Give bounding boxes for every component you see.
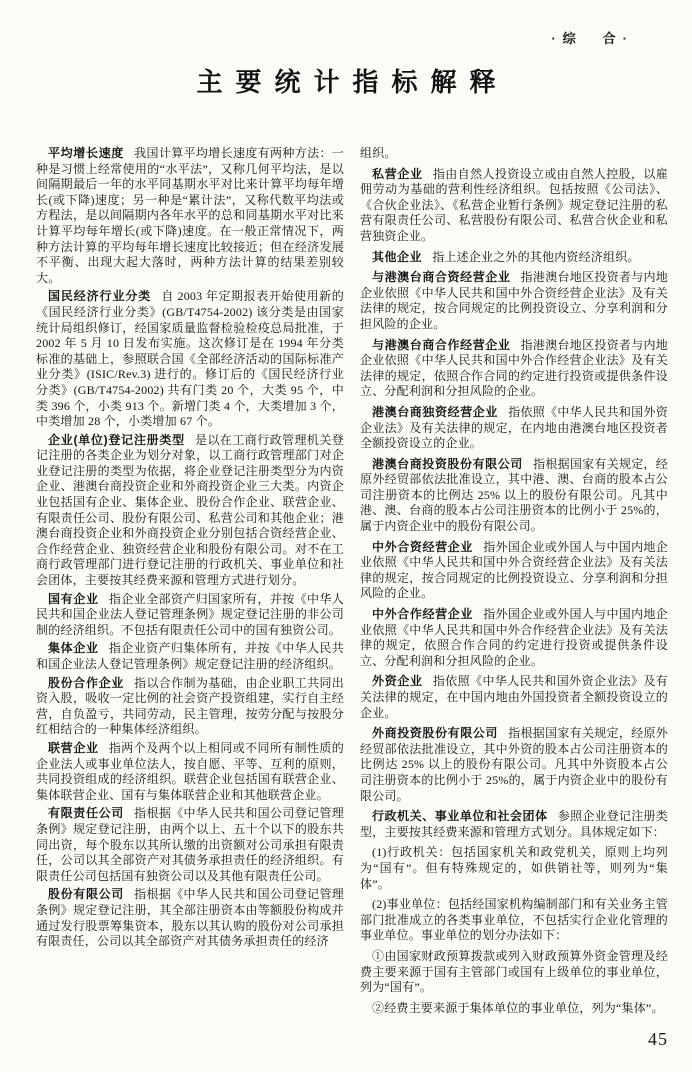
- term-label: 外资企业: [372, 674, 423, 688]
- definition-entry: 与港澳台商合作经营企业指港澳台地区投资者与内地企业依照《中华人民共和国中外合作经…: [360, 338, 668, 400]
- term-label: 行政机关、事业单位和社会团体: [372, 809, 548, 823]
- definition-entry: 港澳台商投资股份有限公司指根据国家有关规定，经原外经贸部依法批准设立，其中港、澳…: [360, 457, 668, 535]
- definition-entry: 平均增长速度我国计算平均增长速度有两种方法：一种是习惯上经常使用的“水平法”，又…: [36, 146, 344, 286]
- definition-entry: (2)事业单位：包括经国家机构编制部门和有关业务主管部门批准成立的各类事业单位，…: [360, 897, 668, 944]
- term-label: 平均增长速度: [48, 146, 124, 160]
- term-label: 与港澳台商合资经营企业: [372, 270, 510, 284]
- term-label: 私营企业: [372, 167, 423, 181]
- definition-entry: 集体企业指企业资产归集体所有，并按《中华人民共和国企业法人登记管理条例》规定登记…: [36, 641, 344, 672]
- definition-entry: 与港澳台商合资经营企业指港澳台地区投资者与内地企业依照《中华人民共和国中外合资经…: [360, 270, 668, 332]
- term-label: 股份合作企业: [48, 676, 124, 690]
- definition-entry: 有限责任公司指根据《中华人民共和国公司登记管理条例》规定登记注册，由两个以上、五…: [36, 806, 344, 884]
- left-column: 平均增长速度我国计算平均增长速度有两种方法：一种是习惯上经常使用的“水平法”，又…: [36, 146, 344, 1018]
- definition-entry: 股份合作企业指以合作制为基础，由企业职工共同出资入股，吸收一定比例的社会资产投资…: [36, 676, 344, 738]
- definition-entry: 其他企业指上述企业之外的其他内资经济组织。: [360, 250, 668, 266]
- definition-entry: 国有企业指企业全部资产归国家所有，并按《中华人民共和国企业法人登记管理条例》规定…: [36, 592, 344, 639]
- definition-entry: ①由国家财政预算拨款或列入财政预算外资金管理及经费主要来源于国有主管部门或国有上…: [360, 949, 668, 996]
- term-label: 有限责任公司: [48, 806, 124, 820]
- term-label: 中外合作经营企业: [372, 607, 473, 621]
- term-label: 港澳台商投资股份有限公司: [372, 457, 523, 471]
- definition-entry: 中外合作经营企业指外国企业或外国人与中国内地企业依照《中华人民共和国中外合作经营…: [360, 607, 668, 669]
- definition-entry: 股份有限公司指根据《中华人民共和国公司登记管理条例》规定登记注册，其全部注册资本…: [36, 887, 344, 949]
- definition-text: ①由国家财政预算拨款或列入财政预算外资金管理及经费主要来源于国有主管部门或国有上…: [360, 949, 668, 994]
- definition-text: 自 2003 年定期报表开始使用新的《国民经济行业分类》(GB/T4754-20…: [36, 289, 344, 428]
- term-label: 国有企业: [48, 592, 99, 606]
- yearbook-page: ·综 合· 主要统计指标解释 平均增长速度我国计算平均增长速度有两种方法：一种是…: [0, 0, 692, 1072]
- term-label: 国民经济行业分类: [48, 289, 151, 303]
- definition-text: 组织。: [360, 146, 397, 160]
- term-label: 股份有限公司: [48, 887, 124, 901]
- definition-entry: 企业(单位)登记注册类型是以在工商行政管理机关登记注册的各类企业为划分对象，以工…: [36, 433, 344, 589]
- definition-entry: 国民经济行业分类自 2003 年定期报表开始使用新的《国民经济行业分类》(GB/…: [36, 289, 344, 429]
- definition-entry: ②经费主要来源于集体单位的事业单位，列为“集体”。: [360, 1001, 668, 1017]
- page-number: 45: [648, 1029, 668, 1050]
- definition-text: ②经费主要来源于集体单位的事业单位，列为“集体”。: [372, 1001, 664, 1015]
- definition-text: 指上述企业之外的其他内资经济组织。: [432, 250, 639, 264]
- definition-entry: 行政机关、事业单位和社会团体参照企业登记注册类型，主要按其经费来源和管理方式划分…: [360, 809, 668, 840]
- definition-entry: 中外合资经营企业指外国企业或外国人与中国内地企业依照《中华人民共和国中外合资经营…: [360, 540, 668, 602]
- definition-entry: 私营企业指由自然人投资设立或由自然人控股，以雇佣劳动为基础的营利性经济组织。包括…: [360, 167, 668, 245]
- definition-entry: 组织。: [360, 146, 668, 162]
- term-label: 中外合资经营企业: [372, 540, 473, 554]
- page-title: 主要统计指标解释: [0, 62, 692, 99]
- definition-text: (1)行政机关：包括国家机关和政党机关，原则上均列为“国有”。但有特殊规定的，如…: [360, 845, 668, 890]
- definition-entry: 联营企业指两个及两个以上相同或不同所有制性质的企业法人或事业单位法人，按自愿、平…: [36, 741, 344, 803]
- term-label: 联营企业: [48, 741, 99, 755]
- term-label: 集体企业: [48, 641, 99, 655]
- term-label: 其他企业: [372, 250, 422, 264]
- definition-text: 是以在工商行政管理机关登记注册的各类企业为划分对象，以工商行政管理部门对企业登记…: [36, 433, 344, 587]
- section-marker: ·综 合·: [551, 28, 634, 47]
- definition-entry: (1)行政机关：包括国家机关和政党机关，原则上均列为“国有”。但有特殊规定的，如…: [360, 845, 668, 892]
- text-columns: 平均增长速度我国计算平均增长速度有两种方法：一种是习惯上经常使用的“水平法”，又…: [36, 146, 668, 1018]
- term-label: 外商投资股份有限公司: [372, 726, 498, 740]
- definition-entry: 港澳台商独资经营企业指依照《中华人民共和国外资企业法》及有关法律的规定，在内地由…: [360, 405, 668, 452]
- term-label: 与港澳台商合作经营企业: [372, 338, 510, 352]
- definition-entry: 外资企业指依照《中华人民共和国外资企业法》及有关法律的规定，在中国内地由外国投资…: [360, 674, 668, 721]
- definition-entry: 外商投资股份有限公司指根据国家有关规定，经原外经贸部依法批准设立，其中外资的股本…: [360, 726, 668, 804]
- definition-text: (2)事业单位：包括经国家机构编制部门和有关业务主管部门批准成立的各类事业单位，…: [360, 897, 668, 942]
- definition-text: 我国计算平均增长速度有两种方法：一种是习惯上经常使用的“水平法”，又称几何平均法…: [36, 146, 344, 285]
- right-column: 组织。私营企业指由自然人投资设立或由自然人控股，以雇佣劳动为基础的营利性经济组织…: [360, 146, 668, 1018]
- term-label: 企业(单位)登记注册类型: [48, 433, 185, 447]
- term-label: 港澳台商独资经营企业: [372, 405, 498, 419]
